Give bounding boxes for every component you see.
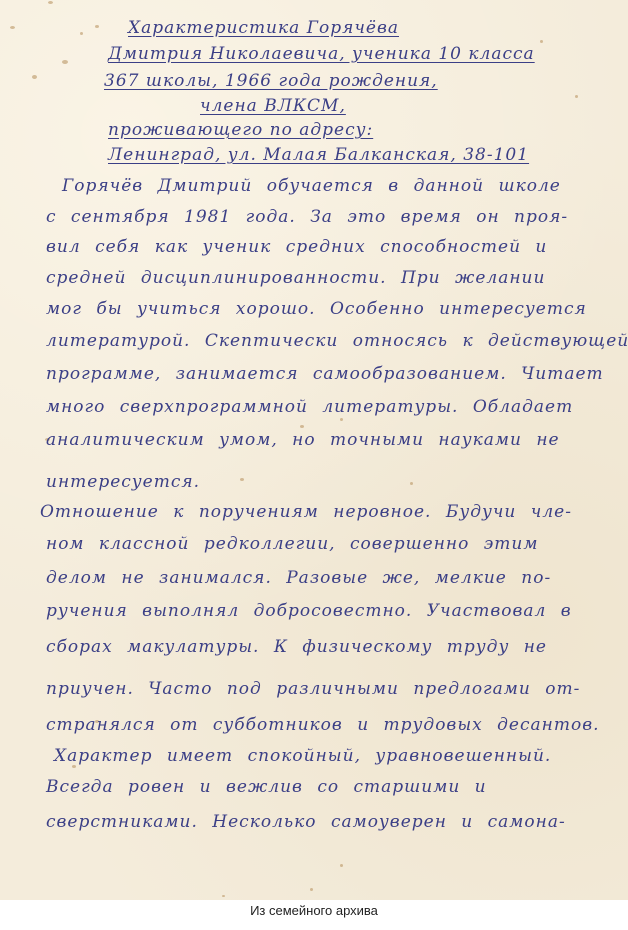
- body-line: сборах макулатуры. К физическому труду н…: [46, 637, 547, 657]
- foxing-spot: [95, 25, 99, 28]
- body-line: с сентября 1981 года. За это время он пр…: [46, 207, 568, 227]
- foxing-spot: [10, 26, 15, 29]
- body-line: аналитическим умом, но точными науками н…: [46, 430, 560, 450]
- header-name: Дмитрия Николаевича, ученика 10 класса: [108, 44, 535, 64]
- foxing-spot: [340, 864, 343, 867]
- body-line: сверстниками. Несколько самоуверен и сам…: [46, 812, 566, 832]
- body-line: мог бы учиться хорошо. Особенно интересу…: [46, 299, 587, 319]
- foxing-spot: [222, 895, 225, 897]
- foxing-spot: [340, 418, 343, 421]
- body-line: интересуется.: [46, 472, 200, 492]
- body-line: Всегда ровен и вежлив со старшими и: [46, 777, 487, 797]
- header-membership: члена ВЛКСМ,: [200, 96, 346, 116]
- header-address: Ленинград, ул. Малая Балканская, 38-101: [108, 145, 529, 165]
- foxing-spot: [48, 1, 53, 4]
- body-line: приучен. Часто под различными предлогами…: [46, 679, 580, 699]
- body-line: вил себя как ученик средних способностей…: [46, 237, 547, 257]
- foxing-spot: [300, 425, 304, 428]
- foxing-spot: [540, 40, 543, 43]
- body-line: литературой. Скептически относясь к дейс…: [46, 331, 628, 351]
- foxing-spot: [240, 478, 244, 481]
- photo-caption: Из семейного архива: [0, 903, 628, 918]
- foxing-spot: [310, 888, 313, 891]
- foxing-spot: [62, 60, 68, 64]
- header-school-birth: 367 школы, 1966 года рождения,: [104, 71, 438, 91]
- foxing-spot: [575, 95, 578, 98]
- header-address-label: проживающего по адресу:: [108, 120, 373, 140]
- body-line: Горячёв Дмитрий обучается в данной школе: [62, 176, 561, 196]
- body-line: ном классной редколлегии, совершенно эти…: [46, 534, 538, 554]
- archival-document-photo: Характеристика Горячёва Дмитрия Николаев…: [0, 0, 628, 900]
- body-line: много сверхпрограммной литературы. Облад…: [46, 397, 573, 417]
- body-line: делом не занимался. Разовые же, мелкие п…: [46, 568, 551, 588]
- foxing-spot: [32, 75, 37, 79]
- body-line: Отношение к поручениям неровное. Будучи …: [40, 502, 572, 522]
- foxing-spot: [80, 32, 83, 35]
- body-line: программе, занимается самообразованием. …: [46, 364, 604, 384]
- body-line: Характер имеет спокойный, уравновешенный…: [54, 746, 551, 766]
- body-line: средней дисциплинированности. При желани…: [46, 268, 545, 288]
- body-line: ручения выполнял добросовестно. Участвов…: [46, 601, 572, 621]
- header-title: Характеристика Горячёва: [128, 18, 399, 38]
- foxing-spot: [410, 482, 413, 485]
- body-line: странялся от субботников и трудовых деса…: [46, 715, 600, 735]
